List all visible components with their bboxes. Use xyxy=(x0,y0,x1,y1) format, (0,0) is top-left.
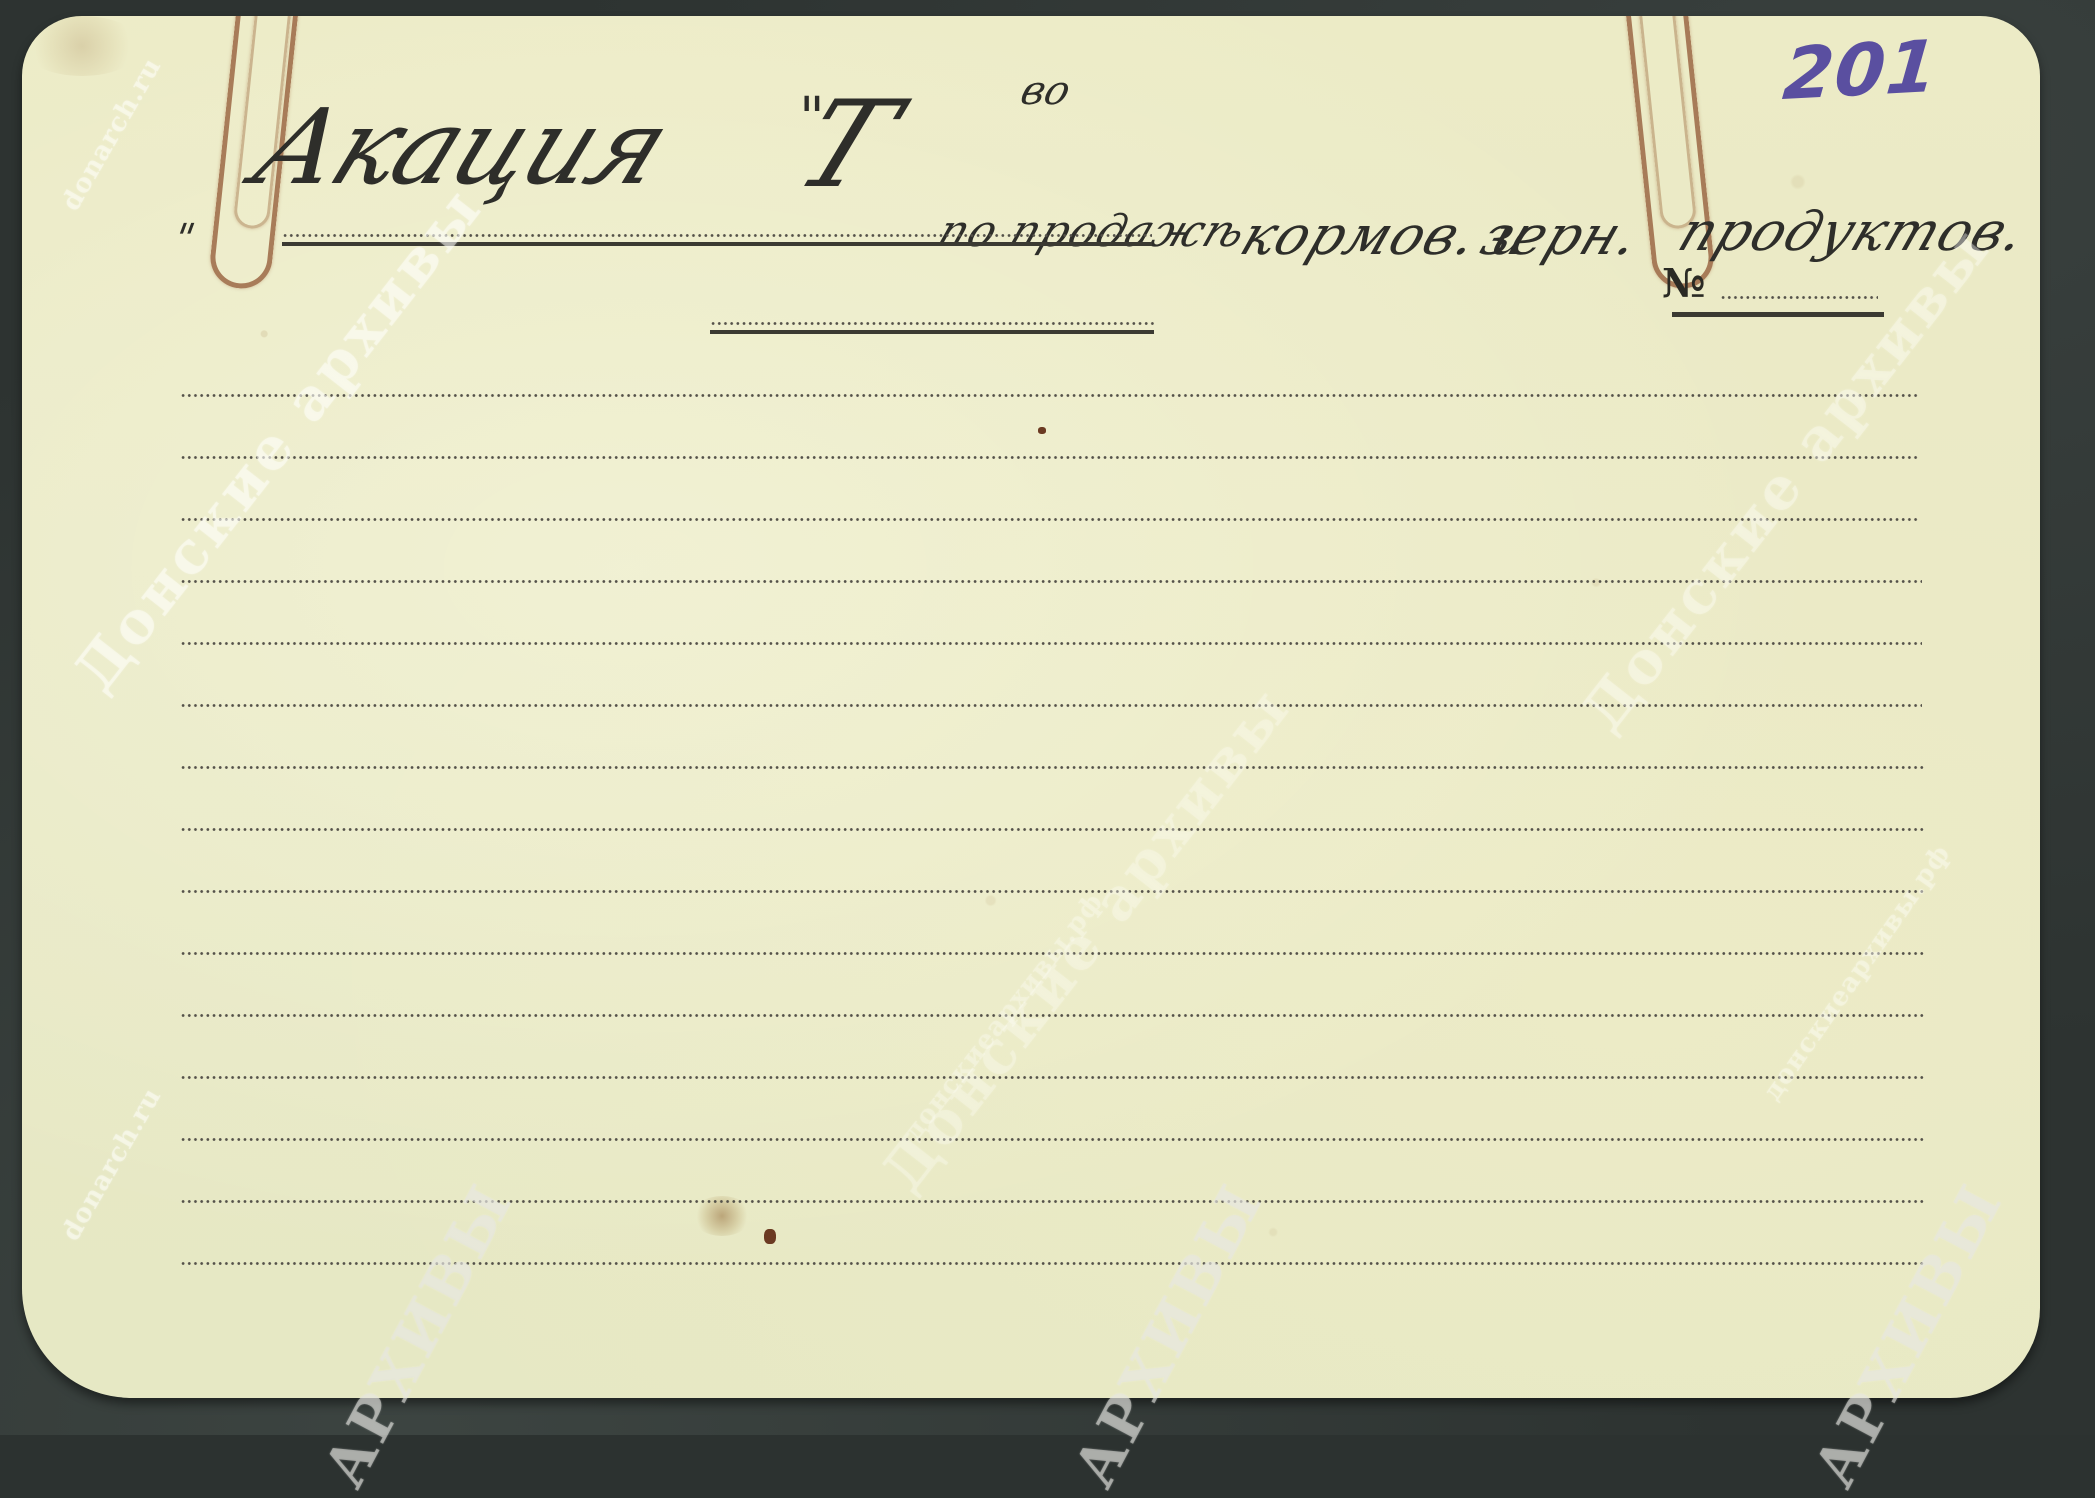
company-name-handwritten: Акация xyxy=(237,86,686,208)
subheader-solid-rule xyxy=(710,330,1154,334)
leading-tick-marks: " xyxy=(166,216,201,262)
watermark-donskie-arkhivy: Донские архивы xyxy=(60,173,495,704)
ruled-line xyxy=(180,518,1920,521)
ink-speck xyxy=(1038,427,1046,434)
number-field-value[interactable] xyxy=(1720,266,1878,296)
ruled-line xyxy=(180,1076,1924,1079)
ruled-line xyxy=(180,1138,1924,1141)
ruled-line xyxy=(180,890,1924,893)
ruled-line xyxy=(180,704,1922,707)
watermark-donskiearkhivy-rf: донскиеархивы.рф xyxy=(1757,839,1956,1106)
header-solid-rule xyxy=(282,242,1152,246)
ruled-line xyxy=(180,394,1920,397)
number-field-label: № xyxy=(1662,260,1705,307)
number-field-dotted-rule xyxy=(1720,296,1878,299)
ruled-line xyxy=(180,580,1922,583)
ruled-line xyxy=(180,1014,1924,1017)
company-description-part-4: продуктов. xyxy=(1671,200,2036,263)
ink-speck xyxy=(764,1229,776,1244)
archive-index-card: 201 " Акация " Т во по продажѣ кормов. и… xyxy=(22,16,2040,1398)
watermark-donarch-ru: donarch.ru xyxy=(56,1083,168,1246)
number-field-solid-rule xyxy=(1672,312,1884,317)
subheader-dotted-rule xyxy=(710,322,1154,325)
ruled-line xyxy=(180,642,1922,645)
ruled-line xyxy=(180,1262,1924,1265)
ruled-line xyxy=(180,456,1920,459)
header-dotted-rule xyxy=(282,234,1152,237)
archive-folio-number: 201 xyxy=(1780,24,1942,116)
company-description-part-1: по продажѣ xyxy=(931,206,1254,257)
company-type-superscript: во xyxy=(1016,68,1076,114)
company-description-part-3: зерн. xyxy=(1473,204,1650,267)
corner-wear-stain xyxy=(22,16,142,76)
ruled-line xyxy=(180,1200,1924,1203)
ruled-line xyxy=(180,952,1924,955)
ruled-line xyxy=(180,828,1924,831)
ruled-line xyxy=(180,766,1924,769)
watermark-donarch-ru: donarch.ru xyxy=(56,53,168,216)
watermark-donskie-arkhivy: Донские архивы xyxy=(868,673,1303,1204)
